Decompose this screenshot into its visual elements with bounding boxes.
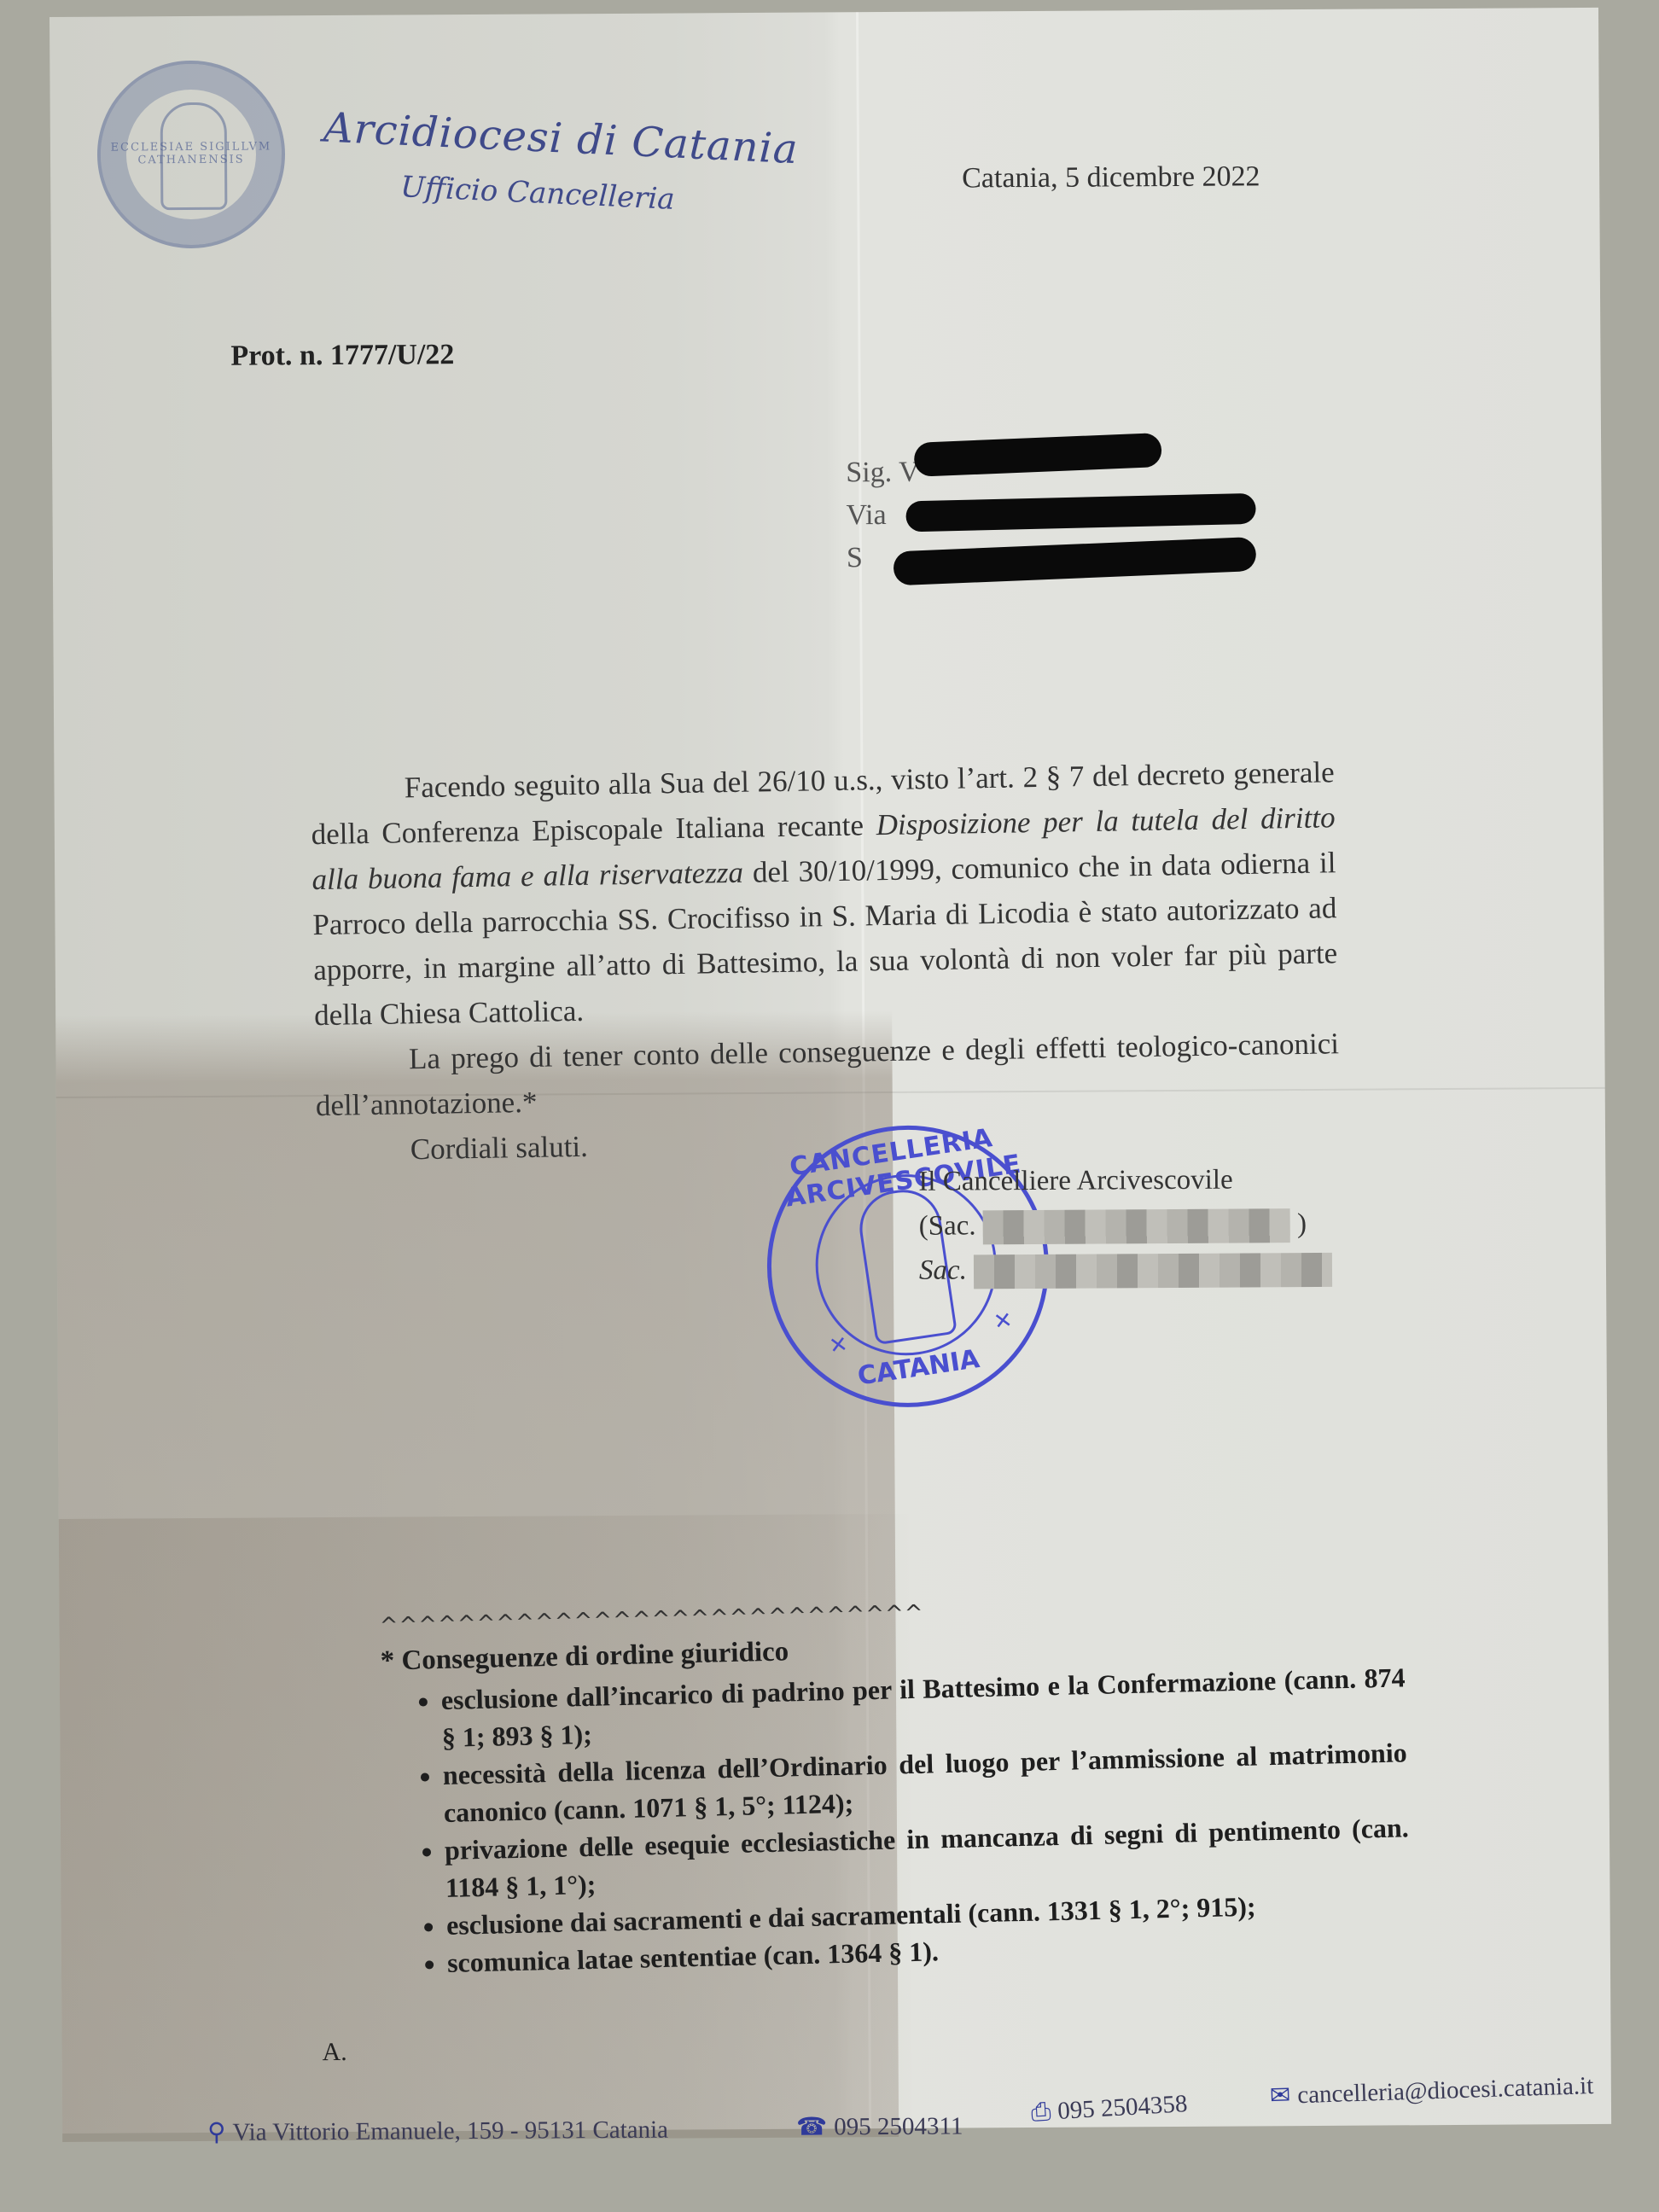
telephone-icon: ☎ bbox=[796, 2111, 827, 2140]
diocese-seal-icon: ECCLESIAE SIGILLVM CATHANENSIS bbox=[96, 60, 285, 248]
letter-paper: ECCLESIAE SIGILLVM CATHANENSIS Arcidioce… bbox=[49, 8, 1611, 2133]
footer-email: ✉cancelleria@diocesi.catania.it bbox=[1269, 2070, 1593, 2110]
redaction-mark-2 bbox=[905, 493, 1256, 533]
initial-mark: A. bbox=[322, 2038, 346, 2067]
letter-footer: ⚲Via Vittorio Emanuele, 159 - 95131 Cata… bbox=[207, 2073, 1615, 2150]
envelope-icon: ✉ bbox=[1269, 2081, 1290, 2110]
signature-block: Il Cancelliere Arcivescovile (Sac. ) Sac… bbox=[918, 1157, 1332, 1293]
handwritten-signature: Sac. bbox=[919, 1246, 1332, 1293]
seal-text: ECCLESIAE SIGILLVM CATHANENSIS bbox=[101, 140, 282, 166]
redaction-mark-1 bbox=[913, 433, 1161, 477]
consequences-list: esclusione dall’incarico di padrino per … bbox=[381, 1658, 1412, 1982]
signatory-role: Il Cancelliere Arcivescovile bbox=[918, 1157, 1331, 1204]
letter-body: Facendo seguito alla Sua del 26/10 u.s.,… bbox=[310, 749, 1341, 1173]
recipient-line-1: Sig. V bbox=[846, 451, 920, 495]
letterhead-title: Arcidiocesi di Catania bbox=[323, 103, 800, 173]
protocol-number: Prot. n. 1777/U/22 bbox=[230, 339, 454, 373]
cross-icon: ✕ bbox=[992, 1307, 1014, 1336]
signatory-name-line: (Sac. ) bbox=[919, 1202, 1332, 1249]
body-paragraph-1: Facendo seguito alla Sua del 26/10 u.s.,… bbox=[310, 749, 1338, 1038]
footer-address: ⚲Via Vittorio Emanuele, 159 - 95131 Cata… bbox=[207, 2115, 668, 2147]
footer-phone: ☎095 2504311 bbox=[796, 2111, 963, 2142]
footer-fax: ⎙095 2504358 bbox=[1030, 2088, 1188, 2128]
redaction-mark-3 bbox=[893, 537, 1256, 585]
location-pin-icon: ⚲ bbox=[207, 2117, 225, 2146]
fax-icon: ⎙ bbox=[1030, 2096, 1051, 2126]
body-paragraph-2: La prego di tener conto delle conseguenz… bbox=[315, 1021, 1341, 1128]
blurred-signature bbox=[974, 1253, 1332, 1289]
letterhead-subtitle: Ufficio Cancelleria bbox=[400, 170, 676, 217]
date-line: Catania, 5 dicembre 2022 bbox=[962, 160, 1260, 195]
cross-icon: ✕ bbox=[828, 1331, 850, 1359]
blurred-name bbox=[983, 1209, 1290, 1245]
legal-consequences-notes: ^^^^^^^^^^^^^^^^^^^^^^^^^^^^ * Conseguen… bbox=[379, 1589, 1412, 1982]
